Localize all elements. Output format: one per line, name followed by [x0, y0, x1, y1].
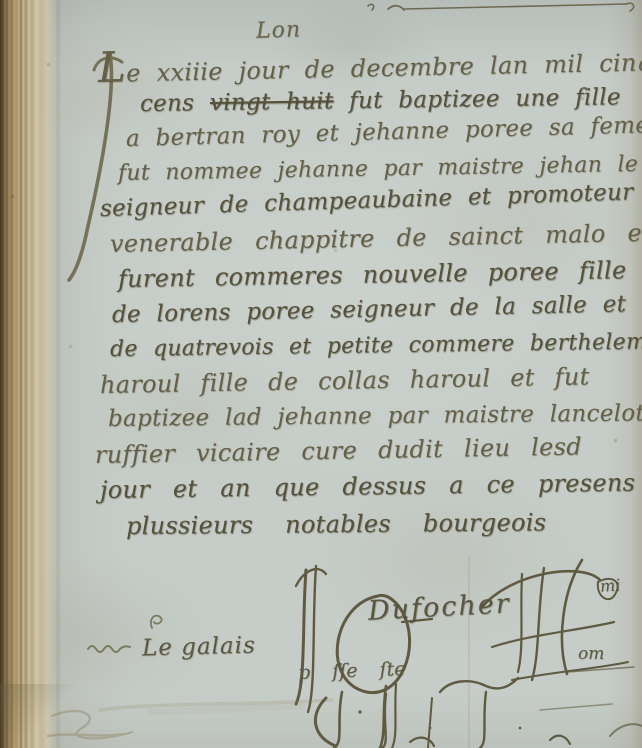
manuscript-line: Le xxiiie jour de decembre lan mil cinq	[98, 43, 642, 88]
manuscript-line: ruffier vicaire cure dudit lieu lesd	[95, 434, 582, 470]
signature-left: Le galais	[86, 634, 256, 660]
bottom-cutoff-strokes	[290, 676, 642, 748]
manuscript-page-photo: Lon Le xxiiie jour de decembre lan mil c…	[0, 0, 642, 748]
signature-left-name: Le galais	[142, 633, 257, 662]
manuscript-line: haroul fille de collas haroul et fut	[100, 363, 590, 399]
manuscript-line: baptizee lad jehanne par maistre lancelo…	[108, 400, 642, 432]
signature-left-curl	[146, 612, 166, 632]
page-heading: Lon	[256, 17, 302, 44]
page-fold-line	[57, 0, 59, 748]
line2-post: fut baptizee une fille	[349, 84, 621, 114]
book-binding-edge	[0, 0, 58, 748]
manuscript-line: jour et an que dessus a ce presens	[100, 470, 636, 505]
line2-pre: cens	[140, 90, 195, 117]
manuscript-line: plussieurs notables bourgeois	[126, 509, 547, 540]
struck-through-words: vingt huit	[210, 88, 334, 116]
top-ruled-stroke	[360, 0, 642, 24]
manuscript-line: cens vingt huit fut baptizee une fille	[140, 84, 621, 117]
manuscript-line: de quatrevois et petite commere berthele…	[110, 329, 642, 362]
signature-abbreviation-top: mi	[599, 575, 621, 595]
manuscript-line: de lorens poree seigneur de la salle et	[112, 291, 627, 328]
manuscript-line: venerable chappitre de sainct malo et	[110, 220, 642, 259]
ink-specks	[0, 0, 1, 1]
signature-abbreviation-bottom: om	[578, 644, 604, 664]
manuscript-line: a bertran roy et jehanne poree sa feme e…	[126, 111, 642, 152]
manuscript-line: furent commeres nouvelle poree fille	[118, 257, 627, 293]
signature-squiggle	[86, 639, 138, 655]
